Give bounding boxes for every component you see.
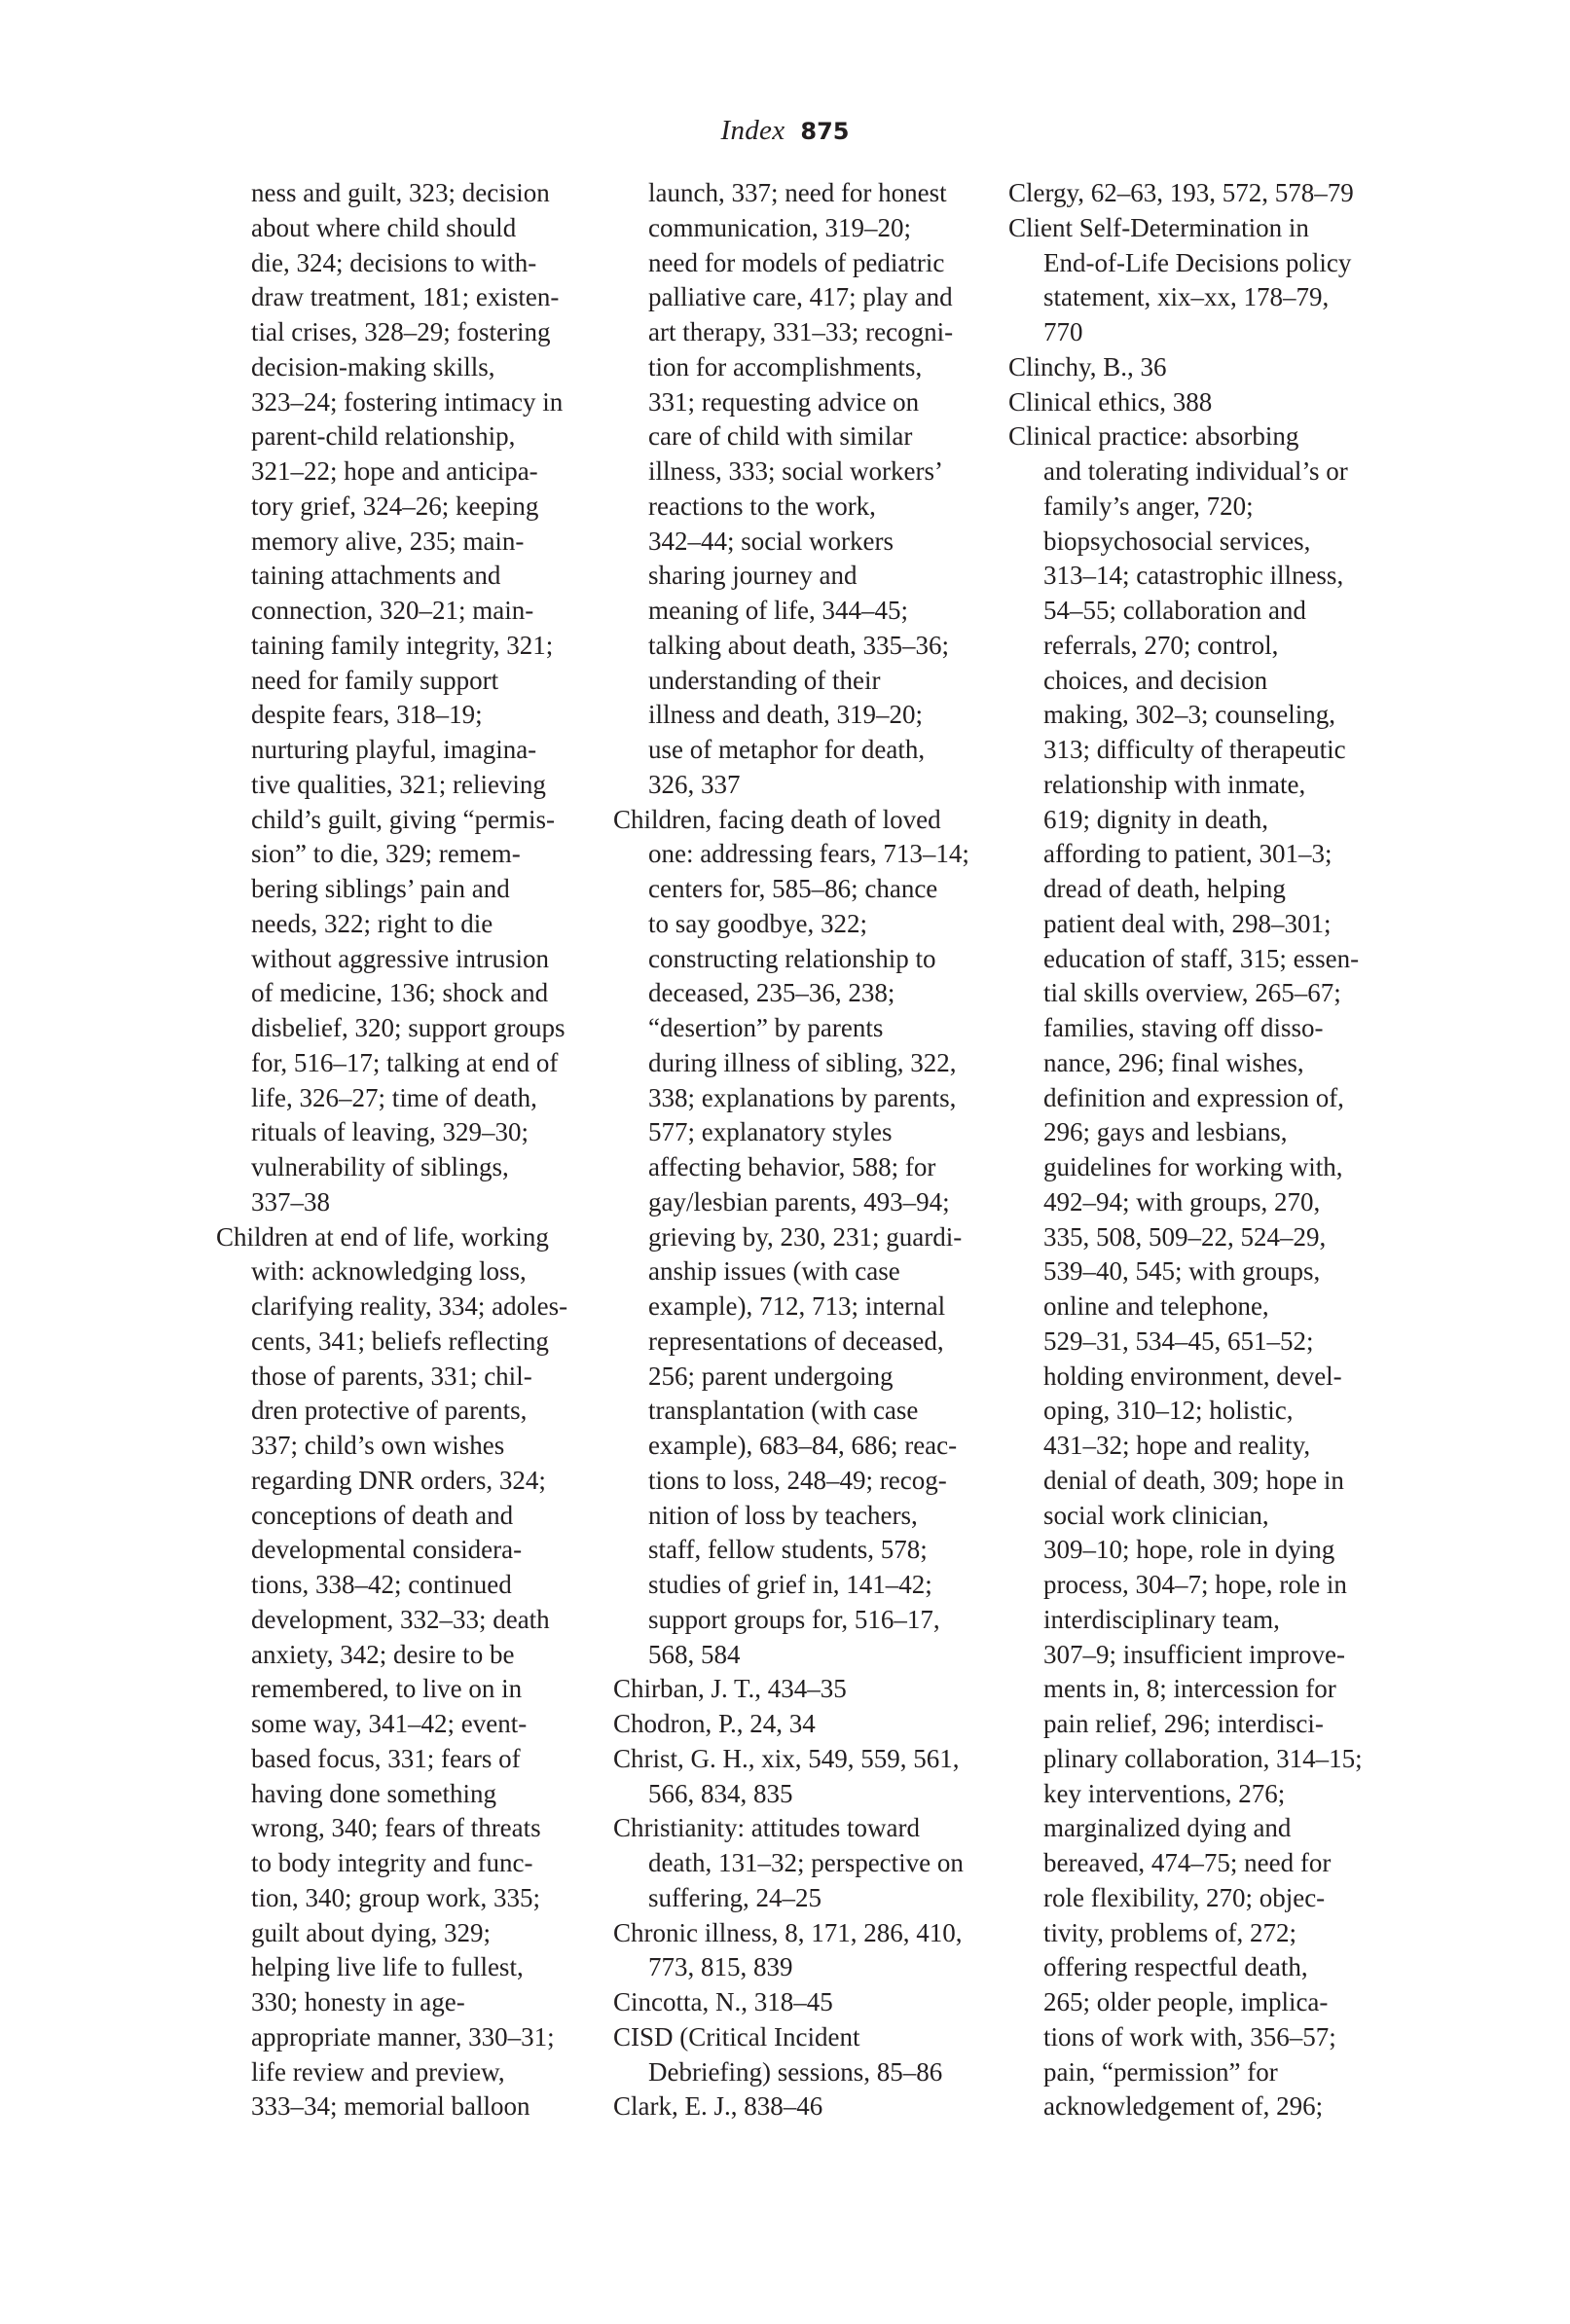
index-entry-continuation-line: 330; honesty in age- [216, 1985, 566, 2020]
index-entry-continuation-line: illness and death, 319–20; [613, 698, 964, 733]
page-number: 875 [800, 118, 849, 145]
index-entry-heading-line: Clinical practice: absorbing [1008, 419, 1378, 454]
index-column-2: launch, 337; need for honestcommunicatio… [613, 176, 964, 2124]
index-entry-continuation-line: tions of work with, 356–57; [1008, 2020, 1378, 2055]
index-entry-continuation-line: 342–44; social workers [613, 525, 964, 560]
index-entry-continuation-line: launch, 337; need for honest [613, 176, 964, 211]
index-entry-continuation-line: statement, xix–xx, 178–79, [1008, 280, 1378, 315]
index-entry-continuation-line: studies of grief in, 141–42; [613, 1568, 964, 1603]
index-entry-continuation-line: illness, 333; social workers’ [613, 454, 964, 490]
index-entry-heading-line: Chirban, J. T., 434–35 [613, 1672, 964, 1707]
index-entry-continuation-line: online and telephone, [1008, 1289, 1378, 1325]
index-entry-continuation-line: 337; child’s own wishes [216, 1429, 566, 1464]
index-entry-continuation-line: anship issues (with case [613, 1254, 964, 1289]
index-entry-continuation-line: 492–94; with groups, 270, [1008, 1185, 1378, 1220]
index-entry-continuation-line: death, 131–32; perspective on [613, 1846, 964, 1881]
index-entry-continuation-line: tions, 338–42; continued [216, 1568, 566, 1603]
index-entry-continuation-line: 577; explanatory styles [613, 1115, 964, 1150]
index-entry-continuation-line: development, 332–33; death [216, 1603, 566, 1638]
index-entry-continuation-line: 296; gays and lesbians, [1008, 1115, 1378, 1150]
index-entry-continuation-line: biopsychosocial services, [1008, 525, 1378, 560]
index-entry-continuation-line: needs, 322; right to die [216, 907, 566, 942]
index-entry-continuation-line: guidelines for working with, [1008, 1150, 1378, 1185]
index-entry-continuation-line: to say goodbye, 322; [613, 907, 964, 942]
index-entry-continuation-line: need for models of pediatric [613, 246, 964, 281]
index-entry-continuation-line: ness and guilt, 323; decision [216, 176, 566, 211]
index-entry-continuation-line: choices, and decision [1008, 664, 1378, 699]
index-entry-continuation-line: gay/lesbian parents, 493–94; [613, 1185, 964, 1220]
index-entry-continuation-line: 313; difficulty of therapeutic [1008, 733, 1378, 768]
index-entry-heading-line: Cincotta, N., 318–45 [613, 1985, 964, 2020]
index-entry-continuation-line: guilt about dying, 329; [216, 1916, 566, 1951]
index-entry-continuation-line: dread of death, helping [1008, 872, 1378, 907]
index-entry-continuation-line: relationship with inmate, [1008, 768, 1378, 803]
index-entry-continuation-line: tivity, problems of, 272; [1008, 1916, 1378, 1951]
index-entry-continuation-line: 539–40, 545; with groups, [1008, 1254, 1378, 1289]
index-entry-continuation-line: definition and expression of, [1008, 1081, 1378, 1116]
index-entry-continuation-line: ments in, 8; intercession for [1008, 1672, 1378, 1707]
index-entry-continuation-line: 566, 834, 835 [613, 1777, 964, 1812]
index-entry-continuation-line: conceptions of death and [216, 1499, 566, 1534]
index-entry-heading-line: Children, facing death of loved [613, 803, 964, 838]
index-entry-continuation-line: helping live life to fullest, [216, 1950, 566, 1985]
index-entry-continuation-line: nition of loss by teachers, [613, 1499, 964, 1534]
index-entry-continuation-line: having done something [216, 1777, 566, 1812]
index-entry-continuation-line: tion for accomplishments, [613, 350, 964, 385]
index-entry-continuation-line: pain relief, 296; interdisci- [1008, 1707, 1378, 1742]
index-entry-continuation-line: nance, 296; final wishes, [1008, 1046, 1378, 1081]
index-entry-continuation-line: communication, 319–20; [613, 211, 964, 246]
index-entry-continuation-line: 265; older people, implica- [1008, 1985, 1378, 2020]
index-entry-heading-line: Christ, G. H., xix, 549, 559, 561, [613, 1742, 964, 1777]
index-entry-continuation-line: without aggressive intrusion [216, 942, 566, 977]
index-entry-heading-line: Clinchy, B., 36 [1008, 350, 1378, 385]
index-entry-continuation-line: with: acknowledging loss, [216, 1254, 566, 1289]
index-column-3: Clergy, 62–63, 193, 572, 578–79Client Se… [1008, 176, 1378, 2124]
index-entry-continuation-line: example), 712, 713; internal [613, 1289, 964, 1325]
index-entry-continuation-line: decision-making skills, [216, 350, 566, 385]
index-entry-continuation-line: reactions to the work, [613, 490, 964, 525]
index-entry-continuation-line: vulnerability of siblings, [216, 1150, 566, 1185]
index-entry-heading-line: Chronic illness, 8, 171, 286, 410, [613, 1916, 964, 1951]
index-entry-continuation-line: grieving by, 230, 231; guardi- [613, 1220, 964, 1255]
index-entry-continuation-line: about where child should [216, 211, 566, 246]
index-entry-continuation-line: understanding of their [613, 664, 964, 699]
index-entry-continuation-line: 313–14; catastrophic illness, [1008, 559, 1378, 594]
index-entry-continuation-line: parent-child relationship, [216, 419, 566, 454]
index-entry-heading-line: CISD (Critical Incident [613, 2020, 964, 2055]
index-entry-continuation-line: use of metaphor for death, [613, 733, 964, 768]
index-entry-continuation-line: dren protective of parents, [216, 1394, 566, 1429]
index-entry-continuation-line: anxiety, 342; desire to be [216, 1638, 566, 1673]
index-entry-continuation-line: nurturing playful, imagina- [216, 733, 566, 768]
index-entry-continuation-line: offering respectful death, [1008, 1950, 1378, 1985]
index-entry-continuation-line: connection, 320–21; main- [216, 594, 566, 629]
index-entry-continuation-line: disbelief, 320; support groups [216, 1011, 566, 1046]
index-entry-continuation-line: marginalized dying and [1008, 1811, 1378, 1846]
index-entry-continuation-line: 256; parent undergoing [613, 1360, 964, 1395]
index-entry-continuation-line: 309–10; hope, role in dying [1008, 1533, 1378, 1568]
index-entry-continuation-line: pain, “permission” for [1008, 2055, 1378, 2090]
index-entry-continuation-line: cents, 341; beliefs reflecting [216, 1325, 566, 1360]
index-entry-continuation-line: memory alive, 235; main- [216, 525, 566, 560]
index-entry-continuation-line: die, 324; decisions to with- [216, 246, 566, 281]
index-entry-heading-line: Client Self-Determination in [1008, 211, 1378, 246]
index-entry-continuation-line: taining family integrity, 321; [216, 629, 566, 664]
index-entry-continuation-line: 335, 508, 509–22, 524–29, [1008, 1220, 1378, 1255]
book-index-page: Index875 ness and guilt, 323; decisionab… [0, 0, 1570, 2324]
index-entry-continuation-line: 337–38 [216, 1185, 566, 1220]
index-entry-continuation-line: education of staff, 315; essen- [1008, 942, 1378, 977]
index-entry-continuation-line: during illness of sibling, 322, [613, 1046, 964, 1081]
index-entry-continuation-line: appropriate manner, 330–31; [216, 2020, 566, 2055]
index-entry-continuation-line: 770 [1008, 315, 1378, 350]
index-entry-continuation-line: talking about death, 335–36; [613, 629, 964, 664]
index-entry-continuation-line: oping, 310–12; holistic, [1008, 1394, 1378, 1429]
index-entry-continuation-line: plinary collaboration, 314–15; [1008, 1742, 1378, 1777]
index-entry-continuation-line: developmental considera- [216, 1533, 566, 1568]
index-entry-continuation-line: tion, 340; group work, 335; [216, 1881, 566, 1916]
index-entry-continuation-line: life, 326–27; time of death, [216, 1081, 566, 1116]
index-entry-continuation-line: art therapy, 331–33; recogni- [613, 315, 964, 350]
index-entry-continuation-line: taining attachments and [216, 559, 566, 594]
index-entry-continuation-line: key interventions, 276; [1008, 1777, 1378, 1812]
index-entry-continuation-line: draw treatment, 181; existen- [216, 280, 566, 315]
index-entry-continuation-line: denial of death, 309; hope in [1008, 1464, 1378, 1499]
index-entry-continuation-line: meaning of life, 344–45; [613, 594, 964, 629]
index-entry-continuation-line: remembered, to live on in [216, 1672, 566, 1707]
index-entry-continuation-line: Debriefing) sessions, 85–86 [613, 2055, 964, 2090]
index-entry-continuation-line: social work clinician, [1008, 1499, 1378, 1534]
index-entry-continuation-line: to body integrity and func- [216, 1846, 566, 1881]
index-entry-continuation-line: referrals, 270; control, [1008, 629, 1378, 664]
index-entry-continuation-line: tive qualities, 321; relieving [216, 768, 566, 803]
index-entry-continuation-line: interdisciplinary team, [1008, 1603, 1378, 1638]
index-entry-continuation-line: 326, 337 [613, 768, 964, 803]
index-entry-continuation-line: staff, fellow students, 578; [613, 1533, 964, 1568]
index-entry-heading-line: Christianity: attitudes toward [613, 1811, 964, 1846]
index-entry-continuation-line: families, staving off disso- [1008, 1011, 1378, 1046]
index-entry-continuation-line: bereaved, 474–75; need for [1008, 1846, 1378, 1881]
index-entry-continuation-line: tial crises, 328–29; fostering [216, 315, 566, 350]
index-entry-continuation-line: representations of deceased, [613, 1325, 964, 1360]
index-entry-continuation-line: 338; explanations by parents, [613, 1081, 964, 1116]
index-entry-continuation-line: some way, 341–42; event- [216, 1707, 566, 1742]
index-entry-continuation-line: bering siblings’ pain and [216, 872, 566, 907]
index-column-1: ness and guilt, 323; decisionabout where… [216, 176, 566, 2124]
index-entry-continuation-line: 323–24; fostering intimacy in [216, 385, 566, 420]
index-entry-continuation-line: care of child with similar [613, 419, 964, 454]
index-entry-continuation-line: 331; requesting advice on [613, 385, 964, 420]
index-entry-continuation-line: affording to patient, 301–3; [1008, 837, 1378, 872]
index-entry-continuation-line: regarding DNR orders, 324; [216, 1464, 566, 1499]
index-entry-continuation-line: based focus, 331; fears of [216, 1742, 566, 1777]
index-entry-continuation-line: centers for, 585–86; chance [613, 872, 964, 907]
index-entry-continuation-line: tial skills overview, 265–67; [1008, 976, 1378, 1011]
index-entry-continuation-line: tory grief, 324–26; keeping [216, 490, 566, 525]
index-entry-heading-line: Children at end of life, working [216, 1220, 566, 1255]
running-head: Index875 [0, 115, 1570, 147]
index-entry-continuation-line: 321–22; hope and anticipa- [216, 454, 566, 490]
index-entry-continuation-line: rituals of leaving, 329–30; [216, 1115, 566, 1150]
index-entry-continuation-line: child’s guilt, giving “permis- [216, 803, 566, 838]
index-entry-continuation-line: despite fears, 318–19; [216, 698, 566, 733]
index-entry-continuation-line: life review and preview, [216, 2055, 566, 2090]
index-entry-continuation-line: 307–9; insufficient improve- [1008, 1638, 1378, 1673]
index-entry-continuation-line: need for family support [216, 664, 566, 699]
index-entry-continuation-line: 333–34; memorial balloon [216, 2089, 566, 2124]
index-entry-continuation-line: 568, 584 [613, 1638, 964, 1673]
index-entry-continuation-line: 529–31, 534–45, 651–52; [1008, 1325, 1378, 1360]
index-entry-continuation-line: acknowledgement of, 296; [1008, 2089, 1378, 2124]
index-entry-continuation-line: process, 304–7; hope, role in [1008, 1568, 1378, 1603]
index-entry-heading-line: Clergy, 62–63, 193, 572, 578–79 [1008, 176, 1378, 211]
index-entry-continuation-line: wrong, 340; fears of threats [216, 1811, 566, 1846]
index-entry-continuation-line: holding environment, devel- [1008, 1360, 1378, 1395]
index-entry-continuation-line: support groups for, 516–17, [613, 1603, 964, 1638]
index-entry-continuation-line: sharing journey and [613, 559, 964, 594]
running-head-title: Index [720, 115, 785, 146]
index-entry-continuation-line: deceased, 235–36, 238; [613, 976, 964, 1011]
index-entry-continuation-line: of medicine, 136; shock and [216, 976, 566, 1011]
index-entry-continuation-line: transplantation (with case [613, 1394, 964, 1429]
index-entry-continuation-line: sion” to die, 329; remem- [216, 837, 566, 872]
index-entry-continuation-line: role flexibility, 270; objec- [1008, 1881, 1378, 1916]
index-entry-continuation-line: affecting behavior, 588; for [613, 1150, 964, 1185]
index-entry-continuation-line: and tolerating individual’s or [1008, 454, 1378, 490]
index-entry-continuation-line: palliative care, 417; play and [613, 280, 964, 315]
index-entry-heading-line: Clark, E. J., 838–46 [613, 2089, 964, 2124]
index-entry-continuation-line: tions to loss, 248–49; recog- [613, 1464, 964, 1499]
index-entry-heading-line: Chodron, P., 24, 34 [613, 1707, 964, 1742]
index-entry-continuation-line: for, 516–17; talking at end of [216, 1046, 566, 1081]
index-entry-continuation-line: 619; dignity in death, [1008, 803, 1378, 838]
index-entry-continuation-line: those of parents, 331; chil- [216, 1360, 566, 1395]
index-entry-continuation-line: 773, 815, 839 [613, 1950, 964, 1985]
index-entry-continuation-line: patient deal with, 298–301; [1008, 907, 1378, 942]
index-entry-continuation-line: suffering, 24–25 [613, 1881, 964, 1916]
index-entry-continuation-line: example), 683–84, 686; reac- [613, 1429, 964, 1464]
index-entry-continuation-line: family’s anger, 720; [1008, 490, 1378, 525]
index-entry-continuation-line: one: addressing fears, 713–14; [613, 837, 964, 872]
index-entry-continuation-line: making, 302–3; counseling, [1008, 698, 1378, 733]
index-entry-continuation-line: “desertion” by parents [613, 1011, 964, 1046]
index-entry-continuation-line: 54–55; collaboration and [1008, 594, 1378, 629]
index-entry-continuation-line: 431–32; hope and reality, [1008, 1429, 1378, 1464]
index-entry-continuation-line: clarifying reality, 334; adoles- [216, 1289, 566, 1325]
index-entry-heading-line: Clinical ethics, 388 [1008, 385, 1378, 420]
index-entry-continuation-line: constructing relationship to [613, 942, 964, 977]
index-entry-continuation-line: End-of-Life Decisions policy [1008, 246, 1378, 281]
